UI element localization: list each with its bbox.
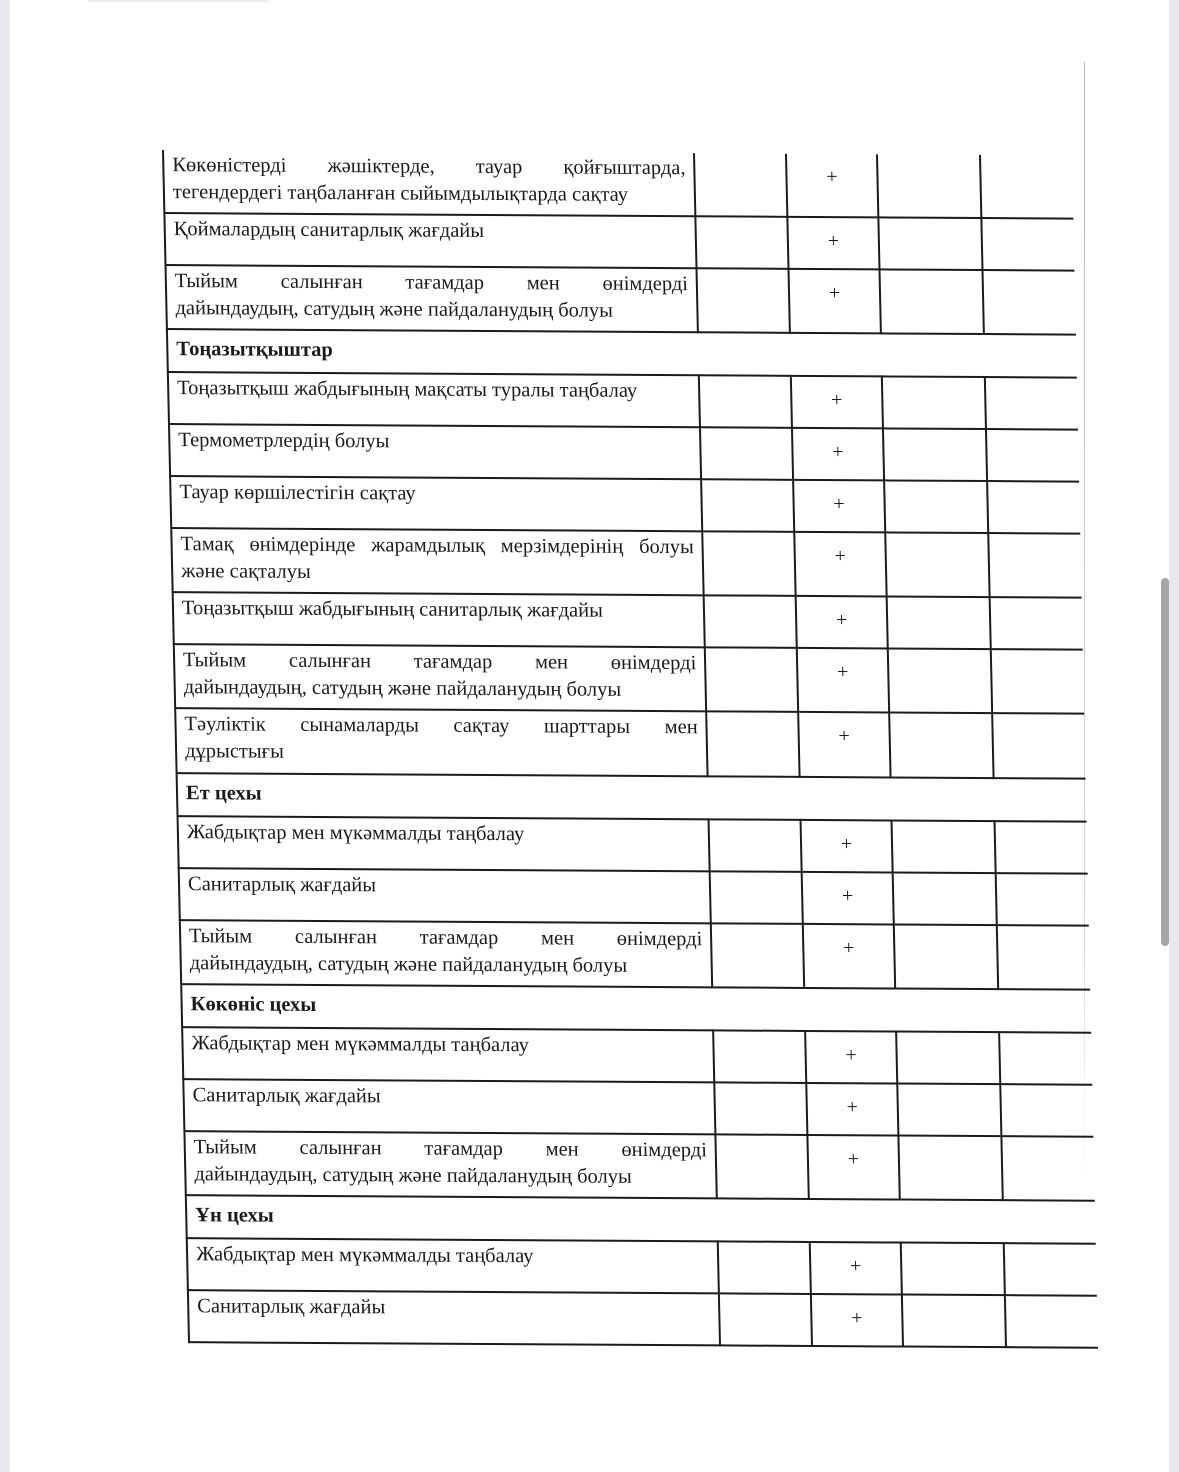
empty-cell: [896, 1031, 1000, 1084]
empty-cell: [700, 428, 793, 481]
table-row: Тыйым салынған тағамдар мен өнімдердідай…: [180, 920, 1090, 990]
empty-cell: [697, 268, 791, 333]
document-page: Көкөністерді жәшіктерде, тауар қойғыштар…: [10, 0, 1169, 1472]
empty-cell: [995, 873, 1088, 926]
description-line-2: тегендердегі таңбаланған сыйымдылықтарда…: [173, 179, 687, 209]
mark-cell: +: [786, 154, 878, 218]
mark-cell: +: [797, 648, 889, 713]
empty-cell: [701, 480, 794, 533]
mark-cell: +: [801, 819, 892, 872]
empty-cell: [714, 1082, 807, 1135]
mark-cell: +: [805, 1031, 896, 1084]
empty-cell: [699, 376, 792, 429]
empty-cell: [891, 820, 995, 873]
description-line-1: Тәуліктік сынамаларды сақтау шарттары ме…: [184, 712, 698, 742]
empty-cell: [710, 871, 803, 924]
empty-cell: [704, 596, 797, 649]
empty-cell: [884, 481, 988, 534]
table-row: Жабдықтар мен мүкәммалды таңбалау+: [182, 1027, 1092, 1085]
vertical-scrollbar[interactable]: [1161, 578, 1169, 946]
description-line-1: Қоймалардың санитарлық жағдайы: [173, 218, 484, 242]
empty-cell: [980, 155, 1074, 219]
description-line-1: Тыйым салынған тағамдар мен өнімдерді: [189, 923, 703, 953]
empty-cell: [718, 1241, 811, 1294]
empty-cell: [982, 270, 1076, 335]
requirement-description: Қоймалардың санитарлық жағдайы: [164, 213, 696, 268]
table-row: Жабдықтар мен мүкәммалды таңбалау+: [187, 1238, 1097, 1296]
mark-cell: +: [802, 871, 893, 924]
table-row: Жабдықтар мен мүкәммалды таңбалау+: [178, 816, 1088, 874]
empty-cell: [901, 1294, 1005, 1347]
requirement-description: Термометрлердің болуы: [169, 424, 701, 479]
mark-cell: +: [795, 532, 887, 597]
empty-cell: [898, 1135, 1003, 1200]
requirement-description: Тамақ өнімдерінде жарамдылық мерзімдерін…: [171, 528, 704, 595]
description-line-1: Тыйым салынған тағамдар мен өнімдерді: [193, 1134, 707, 1164]
mark-cell: +: [799, 712, 891, 777]
section-header-row: Ұн цехы: [186, 1195, 1096, 1244]
requirement-description: Тоңазытқыш жабдығының мақсаты туралы таң…: [168, 372, 700, 427]
empty-cell: [709, 819, 802, 872]
requirement-description: Санитарлық жағдайы: [188, 1290, 720, 1345]
table-row: Тамақ өнімдерінде жарамдылық мерзімдерін…: [171, 528, 1081, 598]
section-header-row: Тоңазытқыштар: [167, 329, 1077, 378]
empty-cell: [879, 269, 984, 334]
mark-cell: +: [793, 480, 884, 533]
empty-cell: [997, 925, 1091, 990]
mark-cell: +: [796, 596, 887, 649]
table-row: Санитарлық жағдайы+: [179, 868, 1089, 926]
table-row: Санитарлық жағдайы+: [188, 1290, 1098, 1348]
empty-cell: [883, 429, 987, 482]
description-line-2: дайындаудың, сатудың және пайдаланудың б…: [175, 295, 689, 325]
empty-cell: [887, 649, 992, 714]
empty-cell: [994, 821, 1087, 874]
mark-cell: +: [807, 1083, 898, 1136]
requirement-description: Санитарлық жағдайы: [183, 1079, 715, 1134]
requirement-description: Тыйым салынған тағамдар мен өнімдердідай…: [184, 1131, 717, 1198]
description-line-2: дайындаудың, сатудың және пайдаланудың б…: [183, 675, 697, 705]
empty-cell: [711, 923, 805, 988]
description-line-2: және сақталуы: [181, 558, 695, 588]
description-line-1: Тоңазытқыш жабдығының мақсаты туралы таң…: [177, 377, 637, 402]
empty-cell: [885, 533, 990, 598]
table-row: Көкөністерді жәшіктерде, тауар қойғыштар…: [163, 150, 1073, 219]
empty-cell: [985, 377, 1078, 430]
description-line-1: Жабдықтар мен мүкәммалды таңбалау: [187, 821, 525, 845]
empty-cell: [881, 377, 985, 430]
requirement-description: Тоңазытқыш жабдығының санитарлық жағдайы: [173, 592, 705, 647]
table-row: Тоңазытқыш жабдығының мақсаты туралы таң…: [168, 372, 1078, 430]
requirement-description: Жабдықтар мен мүкәммалды таңбалау: [182, 1027, 714, 1082]
empty-cell: [1000, 1084, 1093, 1137]
table-row: Тыйым салынған тағамдар мен өнімдердідай…: [174, 644, 1084, 714]
description-line-1: Жабдықтар мен мүкәммалды таңбалау: [196, 1243, 534, 1267]
empty-cell: [878, 217, 982, 270]
empty-cell: [991, 649, 1085, 714]
empty-cell: [999, 1032, 1092, 1085]
empty-cell: [716, 1134, 810, 1199]
mark-cell: +: [789, 269, 881, 334]
description-line-1: Тоңазытқыш жабдығының санитарлық жағдайы: [182, 597, 603, 622]
empty-cell: [719, 1293, 812, 1346]
requirement-description: Тыйым салынған тағамдар мен өнімдердідай…: [166, 265, 699, 332]
requirement-description: Тауар көршілестігін сақтау: [170, 476, 702, 531]
empty-cell: [986, 429, 1079, 482]
section-title: Тоңазытқыштар: [167, 329, 1077, 378]
empty-cell: [897, 1083, 1001, 1136]
table-row: Тәуліктік сынамаларды сақтау шарттары ме…: [175, 709, 1085, 779]
mark-cell: +: [803, 923, 895, 988]
section-title: Ет цехы: [177, 773, 1087, 822]
description-line-1: Санитарлық жағдайы: [188, 873, 377, 896]
description-line-2: дайындаудың, сатудың және пайдаланудың б…: [194, 1161, 708, 1191]
section-header-row: Ет цехы: [177, 773, 1087, 822]
empty-cell: [989, 597, 1082, 650]
section-title: Ұн цехы: [186, 1195, 1096, 1244]
empty-cell: [1001, 1136, 1095, 1201]
description-line-1: Санитарлық жағдайы: [197, 1295, 386, 1318]
table-row: Тауар көршілестігін сақтау+: [170, 476, 1080, 534]
section-header-row: Көкөніс цехы: [181, 984, 1091, 1033]
page-top-edge: [88, 0, 268, 2]
description-line-2: дайындаудың, сатудың және пайдаланудың б…: [189, 950, 703, 980]
checklist-table: Көкөністерді жәшіктерде, тауар қойғыштар…: [162, 150, 1098, 1349]
table-row: Қоймалардың санитарлық жағдайы+: [164, 213, 1074, 271]
section-title: Көкөніс цехы: [181, 984, 1091, 1033]
empty-cell: [696, 216, 789, 269]
empty-cell: [981, 218, 1074, 271]
description-line-1: Тыйым салынған тағамдар мен өнімдерді: [183, 647, 697, 677]
table-row: Тыйым салынған тағамдар мен өнімдердідай…: [166, 265, 1076, 335]
description-line-1: Көкөністерді жәшіктерде, тауар қойғыштар…: [172, 152, 686, 182]
description-line-1: Тауар көршілестігін сақтау: [179, 481, 416, 504]
empty-cell: [893, 924, 998, 989]
description-line-1: Тыйым салынған тағамдар мен өнімдерді: [175, 268, 689, 298]
empty-cell: [1005, 1295, 1098, 1348]
requirement-description: Тыйым салынған тағамдар мен өнімдердідай…: [180, 920, 713, 987]
mark-cell: +: [811, 1294, 902, 1347]
empty-cell: [706, 712, 800, 777]
description-line-1: Санитарлық жағдайы: [192, 1084, 381, 1107]
empty-cell: [886, 597, 990, 650]
mark-cell: +: [788, 217, 879, 270]
empty-cell: [892, 872, 996, 925]
empty-cell: [877, 154, 982, 218]
description-line-1: Тамақ өнімдерінде жарамдылық мерзімдерін…: [180, 531, 694, 561]
requirement-description: Санитарлық жағдайы: [179, 868, 711, 923]
empty-cell: [705, 648, 799, 713]
mark-cell: +: [791, 376, 882, 429]
empty-cell: [713, 1030, 806, 1083]
empty-cell: [988, 533, 1082, 598]
mark-cell: +: [810, 1242, 901, 1295]
empty-cell: [992, 714, 1086, 779]
empty-cell: [702, 532, 796, 597]
empty-cell: [694, 153, 788, 217]
empty-cell: [889, 713, 994, 778]
description-line-2: дұрыстығы: [185, 739, 699, 769]
requirement-description: Жабдықтар мен мүкәммалды таңбалау: [187, 1238, 719, 1293]
requirement-description: Жабдықтар мен мүкәммалды таңбалау: [178, 816, 710, 871]
mark-cell: +: [792, 428, 883, 481]
description-line-1: Термометрлердің болуы: [178, 429, 390, 452]
requirement-description: Көкөністерді жәшіктерде, тауар қойғыштар…: [163, 150, 696, 216]
requirement-description: Тәуліктік сынамаларды сақтау шарттары ме…: [175, 709, 708, 776]
table-row: Термометрлердің болуы+: [169, 424, 1079, 482]
requirement-description: Тыйым салынған тағамдар мен өнімдердідай…: [174, 644, 707, 711]
empty-cell: [987, 481, 1080, 534]
table-row: Тоңазытқыш жабдығының санитарлық жағдайы…: [173, 592, 1083, 650]
description-line-1: Жабдықтар мен мүкәммалды таңбалау: [191, 1032, 529, 1056]
mark-cell: +: [808, 1135, 900, 1200]
empty-cell: [900, 1242, 1004, 1295]
table-row: Тыйым салынған тағамдар мен өнімдердідай…: [184, 1131, 1094, 1201]
empty-cell: [1003, 1243, 1096, 1296]
table-row: Санитарлық жағдайы+: [183, 1079, 1093, 1137]
